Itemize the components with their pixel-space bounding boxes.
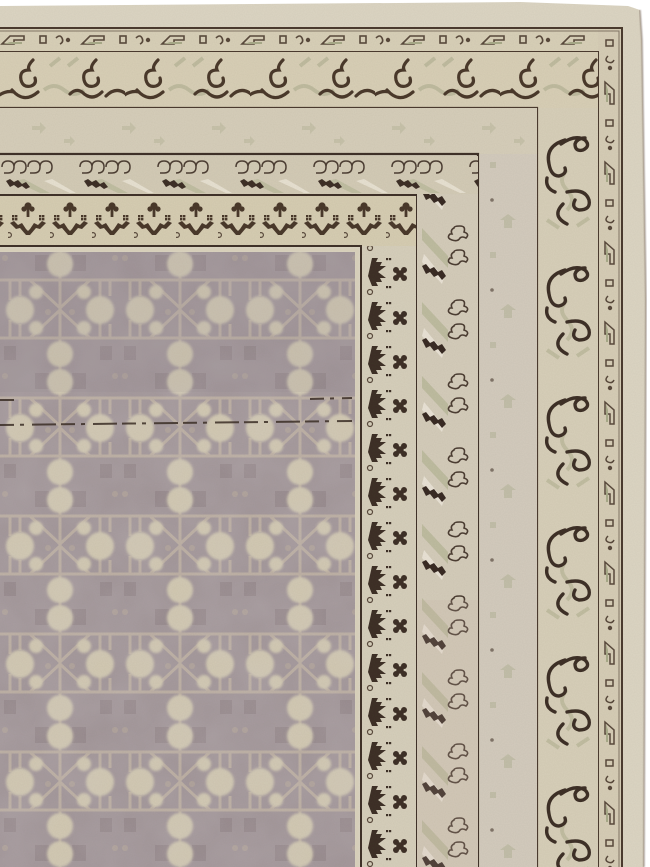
pomegranate-field xyxy=(0,252,355,867)
rug-illustration xyxy=(0,0,650,867)
rug-photo xyxy=(0,0,650,867)
